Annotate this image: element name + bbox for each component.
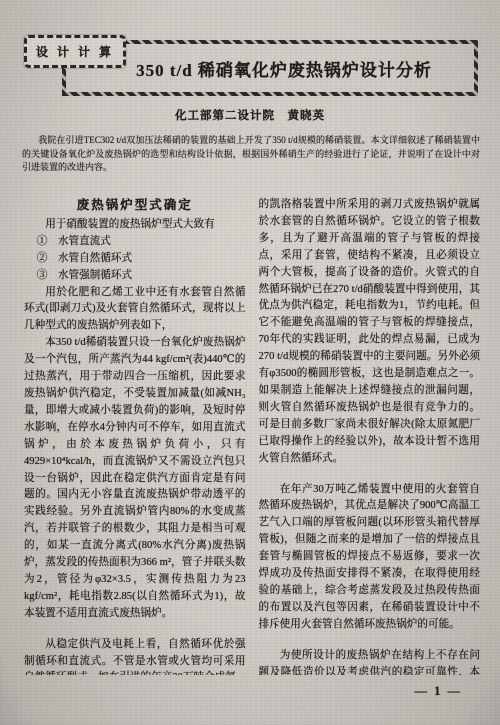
list-item-3: ③ 水管强制循环式 [37, 268, 246, 285]
paragraph-ethylene: 在年产30万吨乙烯装置中使用的火套管自然循环废热锅炉，其优点是解决了900℃高温… [259, 482, 481, 634]
list-item-1: ① 水管直流式 [37, 234, 246, 251]
paragraph-closing: 从稳定供汽及电耗上看，自然循环优於强制循环和直流式。不管是水管或火管均可采用自然… [24, 637, 246, 675]
paragraph-conclusion: 为使所设计的废热锅炉在结构上不存在问题及降低造价以及考虑供汽的稳定可靠性，本设计… [259, 648, 481, 675]
scanned-article-page: 350 t/d 稀硝氧化炉废热锅炉设计分析 设 计 计 算 化工部第二设计院 黄… [0, 0, 500, 725]
article-body: 废热锅炉型式确定 用于硝酸装置的废热锅炉型式大致有 ① 水管直流式 ② 水管自然… [24, 197, 480, 675]
abstract-text: 我院在引进TEC302 t/d双加压法稀硝的装置的基础上开发了350 t/d规模… [22, 134, 480, 175]
paragraph-continuation: 的凯洛格装置中所采用的剥刀式废热锅炉就属於水套管的自然循环锅炉。它设立的管子根数… [259, 197, 481, 468]
paragraph-types: 用於化肥和乙烯工业中还有水套管自然循环式(即剥刀式)及火套管自然循环式，现将以上… [24, 285, 246, 336]
page-number: — 1 — [415, 684, 463, 699]
article-title: 350 t/d 稀硝氧化炉废热锅炉设计分析 [108, 56, 432, 81]
paragraph-intro: 用于硝酸装置的废热锅炉型式大致有 [24, 217, 246, 234]
section-heading: 废热锅炉型式确定 [24, 197, 246, 214]
design-calc-badge: 设 计 计 算 [24, 35, 126, 68]
list-item-2: ② 水管自然循环式 [37, 251, 246, 268]
boiler-type-list: ① 水管直流式 ② 水管自然循环式 ③ 水管强制循环式 [24, 234, 246, 285]
right-column: 的凯洛格装置中所采用的剥刀式废热锅炉就属於水套管的自然循环锅炉。它设立的管子根数… [259, 197, 481, 675]
author-byline: 化工部第二设计院 黄晓英 [0, 107, 500, 123]
paragraph-main: 本350 t/d稀硝装置只设一台氧化炉废热锅炉及一个汽包，所产蒸汽为44 kgf… [24, 335, 246, 622]
left-column: 废热锅炉型式确定 用于硝酸装置的废热锅炉型式大致有 ① 水管直流式 ② 水管自然… [24, 197, 246, 675]
